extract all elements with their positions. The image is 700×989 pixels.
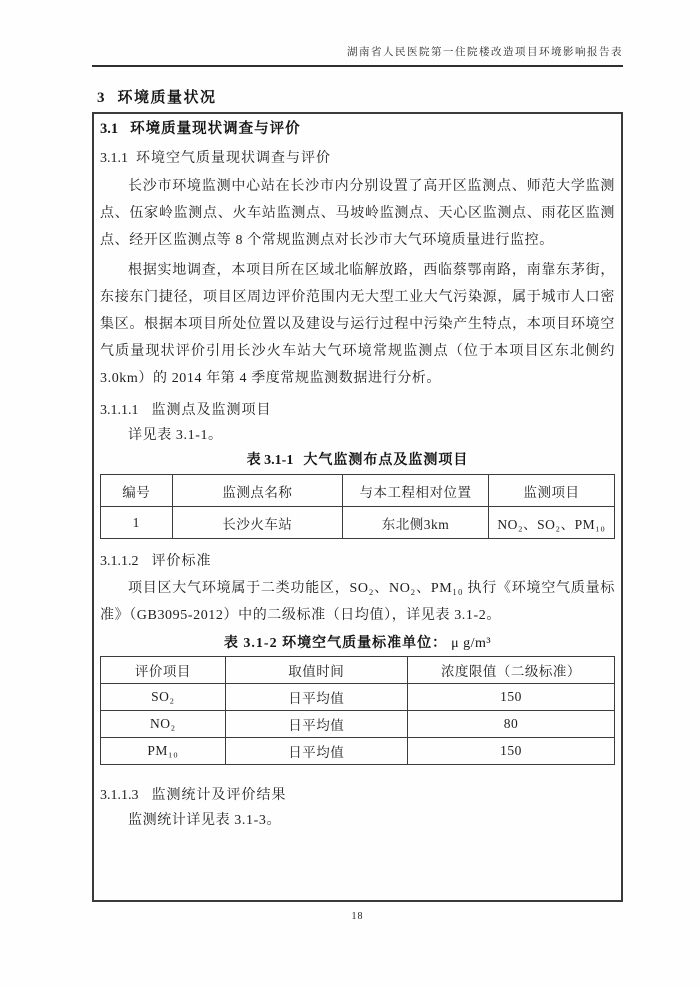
see-table-3-1-1-note: 详见表 3.1-1。	[100, 424, 615, 448]
table-cell: 日平均值	[225, 738, 407, 765]
paragraph-standards: 项目区大气环境属于二类功能区，SO₂、NO₂、PM₁₀ 执行《环境空气质量标准》…	[100, 575, 615, 629]
table-cell: 日平均值	[225, 711, 407, 738]
table-row: SO₂ 日平均值 150	[101, 684, 615, 711]
heading-3-1-title: 环境质量现状调查与评价	[130, 121, 301, 137]
page-header-title: 湖南省人民医院第一住院楼改造项目环境影响报告表	[92, 0, 623, 59]
section-title: 环境质量状况	[118, 90, 217, 106]
table-header-row: 评价项目 取值时间 浓度限值（二级标准）	[101, 657, 615, 684]
heading-3-1-1-title: 环境空气质量现状调查与评价	[136, 151, 331, 166]
column-header: 监测项目	[488, 475, 614, 507]
table-cell: SO₂	[101, 684, 226, 711]
column-header: 浓度限值（二级标准）	[407, 657, 614, 684]
column-header: 与本工程相对位置	[343, 475, 489, 507]
table-header-row: 编号 监测点名称 与本工程相对位置 监测项目	[101, 475, 615, 507]
section-number: 3	[97, 90, 105, 106]
table-row: 1 长沙火车站 东北侧3km NO₂、SO₂、PM₁₀	[101, 507, 615, 539]
heading-3-1-1-2: 3.1.1.2评价标准	[100, 551, 615, 572]
paragraph-site-survey: 根据实地调查，本项目所在区域北临解放路，西临蔡鄂南路，南靠东茅街，东接东门捷径，…	[100, 257, 615, 392]
table-cell: 长沙火车站	[172, 507, 343, 539]
table-cell: 1	[101, 507, 173, 539]
page-number: 18	[92, 911, 623, 922]
table-cell: NO₂	[101, 711, 226, 738]
page-content: 湖南省人民医院第一住院楼改造项目环境影响报告表 3环境质量状况 3.1环境质量现…	[92, 0, 623, 922]
paragraph-monitoring-stations: 长沙市环境监测中心站在长沙市内分别设置了高开区监测点、师范大学监测点、伍家岭监测…	[100, 173, 615, 254]
table2-caption: 表 3.1-2 环境空气质量标准单位：μ g/m³	[100, 632, 615, 656]
column-header: 取值时间	[225, 657, 407, 684]
table1-caption: 表 3.1-1大气监测布点及监测项目	[100, 450, 615, 472]
heading-3-1-1-3: 3.1.1.3监测统计及评价结果	[100, 785, 615, 806]
report-page: 湖南省人民医院第一住院楼改造项目环境影响报告表 3环境质量状况 3.1环境质量现…	[0, 0, 700, 989]
monitoring-points-table: 编号 监测点名称 与本工程相对位置 监测项目 1 长沙火车站 东北侧3km NO…	[100, 474, 615, 539]
heading-3-1-1: 3.1.1环境空气质量现状调查与评价	[100, 148, 615, 170]
content-box: 3.1环境质量现状调查与评价 3.1.1环境空气质量现状调查与评价 长沙市环境监…	[92, 112, 623, 902]
heading-3-1-1-3-title: 监测统计及评价结果	[152, 788, 287, 803]
heading-3-1-1-1-number: 3.1.1.1	[100, 403, 139, 418]
table2-caption-unit: μ g/m³	[451, 636, 491, 651]
table-cell: 150	[407, 738, 614, 765]
table1-caption-number: 表 3.1-1	[247, 453, 294, 468]
column-header: 编号	[101, 475, 173, 507]
table-cell: 150	[407, 684, 614, 711]
table1-caption-title: 大气监测布点及监测项目	[303, 453, 468, 468]
heading-3-1-1-1-title: 监测点及监测项目	[152, 403, 272, 418]
heading-3-1: 3.1环境质量现状调查与评价	[100, 118, 615, 140]
table-row: PM₁₀ 日平均值 150	[101, 738, 615, 765]
heading-3-1-number: 3.1	[100, 121, 118, 137]
heading-3-1-1-2-title: 评价标准	[152, 554, 212, 569]
column-header: 监测点名称	[172, 475, 343, 507]
heading-3-1-1-2-number: 3.1.1.2	[100, 554, 139, 569]
table-cell: NO₂、SO₂、PM₁₀	[488, 507, 614, 539]
table-row: NO₂ 日平均值 80	[101, 711, 615, 738]
air-quality-standard-table: 评价项目 取值时间 浓度限值（二级标准） SO₂ 日平均值 150 NO₂ 日平…	[100, 656, 615, 765]
heading-3-1-1-1: 3.1.1.1监测点及监测项目	[100, 400, 615, 421]
header-divider	[92, 65, 623, 67]
table-cell: PM₁₀	[101, 738, 226, 765]
section-heading: 3环境质量状况	[97, 88, 623, 108]
table-cell: 日平均值	[225, 684, 407, 711]
heading-3-1-1-3-number: 3.1.1.3	[100, 788, 139, 803]
see-table-3-1-3-note: 监测统计详见表 3.1-3。	[100, 809, 615, 833]
table-cell: 80	[407, 711, 614, 738]
column-header: 评价项目	[101, 657, 226, 684]
heading-3-1-1-number: 3.1.1	[100, 151, 128, 166]
table-cell: 东北侧3km	[343, 507, 489, 539]
table2-caption-title: 表 3.1-2 环境空气质量标准单位：	[224, 636, 447, 651]
